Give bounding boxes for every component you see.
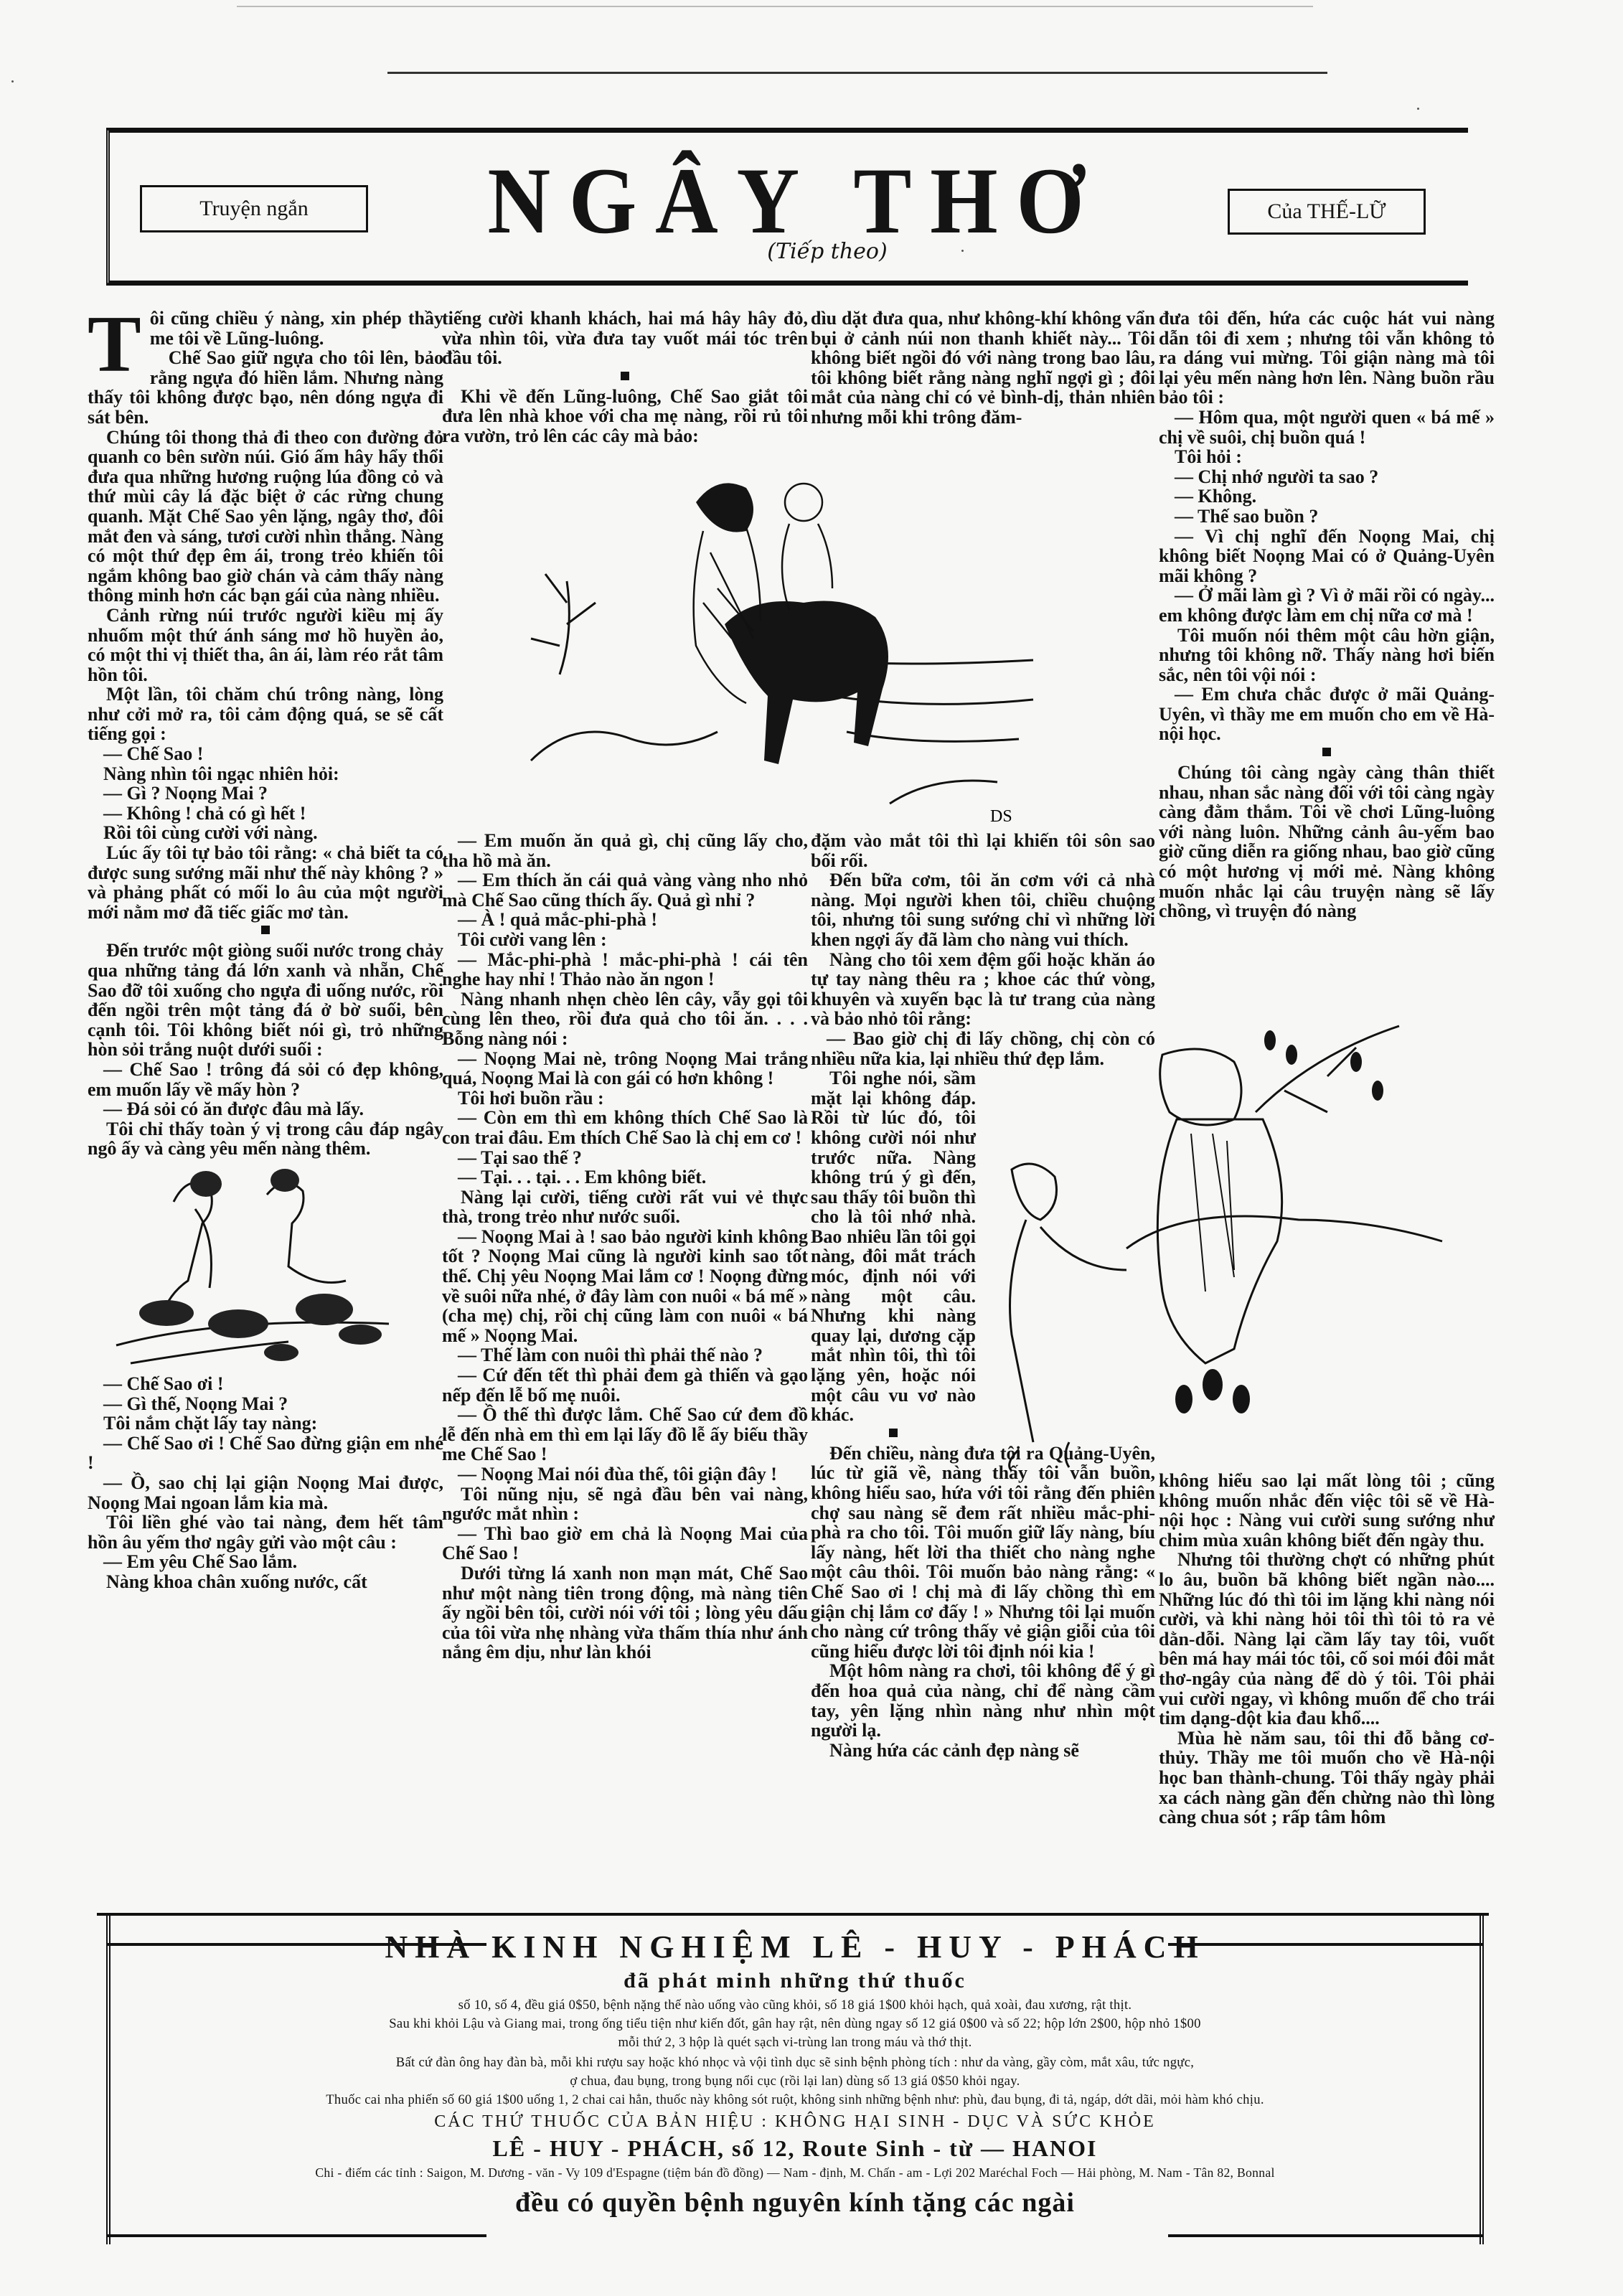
- horse-riders-illustration: DS: [517, 459, 1048, 832]
- paragraph: Cảnh rừng núi trước người kiều mị ấy nhu…: [88, 606, 443, 684]
- paragraph: Một lần, tôi chăm chú trông nàng, lòng n…: [88, 684, 443, 744]
- dialogue-line: — Hôm qua, một người quen « bá mế » chị …: [1159, 408, 1495, 447]
- dialogue-line: — Ồ thế thì được lắm. Chế Sao cứ đem đồ …: [442, 1405, 808, 1464]
- drop-cap: T: [88, 310, 141, 379]
- dialogue-line: — Em yêu Chế Sao lắm.: [88, 1552, 443, 1572]
- paragraph: Tôi hơi buồn rầu :: [442, 1088, 808, 1109]
- print-speck: [11, 80, 14, 83]
- advertisement: NHÀ KINH NGHIỆM LÊ - HUY - PHÁCH đã phát…: [106, 1914, 1484, 2109]
- dialogue-line: — Gì thế, Noọng Mai ?: [88, 1394, 443, 1414]
- dialogue-line: — Không ! chả có gì hết !: [88, 804, 443, 824]
- dialogue-line: — Chị nhớ người ta sao ?: [1159, 467, 1495, 487]
- dialogue-line: — Chế Sao ơi !: [88, 1374, 443, 1394]
- author-label-box: Của THẾ-LỮ: [1228, 189, 1426, 235]
- dialogue-line: — Em thích ăn cái quả vàng vàng nho nhỏ …: [442, 870, 808, 910]
- dialogue-line: — À ! quả mắc-phi-phà !: [442, 910, 808, 930]
- section-separator: [88, 922, 443, 941]
- print-speck: [1417, 108, 1419, 110]
- paragraph: Tôi hỏi :: [1159, 447, 1495, 467]
- ad-footer: đều có quyền bệnh nguyên kính tặng các n…: [121, 2187, 1469, 2219]
- paragraph: Đến chiều, nàng đưa tôi ra Quảng-Uyên, l…: [811, 1444, 1155, 1662]
- paragraph: Mùa hè năm sau, tôi thi đỗ bằng cơ-thủy.…: [1159, 1728, 1495, 1827]
- paragraph: đưa tôi đến, hứa các cuộc hát vui nàng d…: [1159, 309, 1495, 408]
- newspaper-page: Truyện ngắn NGÂY THƠ (Tiếp theo) Của THẾ…: [0, 0, 1623, 2296]
- column-4-continued: không hiểu sao lại mất lòng tôi ; cũng k…: [1159, 1471, 1495, 1827]
- column-2: tiếng cười khanh khách, hai má hây hây đ…: [442, 309, 808, 446]
- paragraph: Tôi nghe nói, sầm mặt lại không đáp. Rồi…: [811, 1068, 976, 1425]
- story-subtitle: (Tiếp theo): [684, 239, 971, 264]
- ad-line: Sau khi khỏi Lậu và Giang mai, trong ống…: [134, 2016, 1456, 2032]
- dialogue-line: — Mắc-phi-phà ! mắc-phi-phà ! cái tên ng…: [442, 950, 808, 989]
- paragraph: Nàng hứa các cảnh đẹp nàng sẽ: [811, 1741, 1155, 1761]
- genre-label: Truyện ngắn: [199, 197, 308, 221]
- dialogue-line: — Em chưa chắc được ở mãi Quảng-Uyên, vì…: [1159, 684, 1495, 744]
- paragraph: Nàng khoa chân xuống nước, cất: [88, 1572, 443, 1592]
- paragraph: Khi về đến Lũng-luông, Chế Sao giắt tôi …: [442, 387, 808, 446]
- ad-line: Bất cứ đàn ông hay đàn bà, mỗi khi rượu …: [134, 2055, 1456, 2071]
- dialogue-line: — Ở mãi làm gì ? Vì ở mãi rồi có ngày...…: [1159, 585, 1495, 625]
- dialogue-line: — Chế Sao !: [88, 744, 443, 764]
- ad-line: Thuốc cai nha phiến số 60 giá 1$00 uống …: [134, 2092, 1456, 2108]
- paragraph: Tôi nắm chặt lấy tay nàng:: [88, 1413, 443, 1434]
- dialogue-line: — Thì bao giờ em chả là Noọng Mai của Ch…: [442, 1524, 808, 1563]
- paragraph: không hiểu sao lại mất lòng tôi ; cũng k…: [1159, 1471, 1495, 1550]
- dialogue-line: — Thế sao buồn ?: [1159, 507, 1495, 527]
- paragraph: Một hôm nàng ra chơi, tôi không để ý gì …: [811, 1661, 1155, 1740]
- section-separator: [811, 1425, 976, 1444]
- paragraph: Nàng lại cười, tiếng cười rất vui vẻ thự…: [442, 1187, 808, 1227]
- ad-address: LÊ - HUY - PHÁCH, số 12, Route Sinh - từ…: [121, 2135, 1469, 2162]
- column-2-continued: — Em muốn ăn quả gì, chị cũng lấy cho, t…: [442, 831, 808, 1662]
- artist-signature: DS: [990, 807, 1012, 826]
- paragraph: Đến bữa cơm, tôi ăn cơm với cả nhà nàng.…: [811, 870, 1155, 949]
- paragraph: Tôi muốn nói thêm một câu hờn giận, nhưn…: [1159, 626, 1495, 685]
- paragraph: Rồi tôi cùng cười với nàng.: [88, 823, 443, 843]
- dialogue-line: — Noọng Mai nè, trông Noọng Mai trắng qu…: [442, 1049, 808, 1088]
- paragraph: Dưới từng lá xanh non mạn mát, Chế Sao n…: [442, 1563, 808, 1662]
- paragraph: Chúng tôi thong thả đi theo con đường đỏ…: [88, 428, 443, 606]
- author-label: Của THẾ-LỮ: [1267, 199, 1386, 224]
- paragraph: Tôi liền ghé vào tai nàng, đem hết tâm h…: [88, 1512, 443, 1552]
- dialogue-line: — Vì chị nghĩ đến Noọng Mai, chị không b…: [1159, 527, 1495, 586]
- paragraph: Tôi cười vang lên :: [442, 930, 808, 950]
- paragraph: Nàng nhanh nhẹn chèo lên cây, vẫy gọi tô…: [442, 989, 808, 1049]
- dialogue-line: — Thế làm con nuôi thì phải thế nào ?: [442, 1345, 808, 1365]
- illustration-space: [88, 1159, 443, 1374]
- dialogue-line: — Gì ? Noọng Mai ?: [88, 784, 443, 804]
- section-separator: [442, 368, 808, 387]
- dialogue-line: — Đá sỏi có ăn được đâu mà lấy.: [88, 1099, 443, 1119]
- story-header: Truyện ngắn NGÂY THƠ (Tiếp theo) Của THẾ…: [106, 128, 1468, 286]
- dialogue-line: — Ồ, sao chị lại giận Noọng Mai được, No…: [88, 1473, 443, 1512]
- ad-bar: [1168, 2234, 1484, 2237]
- paragraph: tiếng cười khanh khách, hai má hây hây đ…: [442, 309, 808, 368]
- genre-label-box: Truyện ngắn: [140, 185, 368, 232]
- section-separator: [1159, 744, 1495, 763]
- ad-bar: [106, 2234, 486, 2237]
- ad-line: ợ chua, đau bụng, trong bụng nổi cục (rồ…: [134, 2074, 1456, 2089]
- paragraph: Nàng nhìn tôi ngạc nhiên hỏi:: [88, 764, 443, 784]
- ad-line: số 10, số 4, đều giá 0$50, bệnh nặng thế…: [134, 1998, 1456, 2013]
- paragraph: Nhưng tôi thường chợt có những phút lo â…: [1159, 1550, 1495, 1728]
- stream-sitting-illustration: [88, 1159, 443, 1374]
- dialogue-line: — Chế Sao ơi ! Chế Sao đừng giận em nhé …: [88, 1434, 443, 1473]
- column-4: đưa tôi đến, hứa các cuộc hát vui nàng d…: [1159, 309, 1495, 921]
- dialogue-line: — Còn em thì em không thích Chế Sao là c…: [442, 1108, 808, 1147]
- paragraph: đặm vào mắt tôi thì lại khiến tôi sôn sa…: [811, 831, 1155, 870]
- dialogue-line: — Không.: [1159, 486, 1495, 507]
- dialogue-line: — Cứ đến tết thì phải đem gà thiến và gạ…: [442, 1365, 808, 1405]
- ad-claim: CÁC THỨ THUỐC CỦA BẢN HIỆU : KHÔNG HẠI S…: [121, 2112, 1469, 2132]
- print-speck: [961, 250, 964, 252]
- ad-line: mỗi thứ 2, 3 hộp là quét sạch vi-trùng l…: [134, 2035, 1456, 2051]
- ad-subtitle: đã phát minh những thứ thuốc: [121, 1969, 1469, 1993]
- top-rule: [387, 72, 1327, 74]
- ad-branches: Chi - điếm các tỉnh : Saigon, M. Dương -…: [134, 2165, 1456, 2180]
- paragraph: Tôi chỉ thấy toàn ý vị trong câu đáp ngâ…: [88, 1119, 443, 1159]
- paragraph: Chúng tôi càng ngày càng thân thiết nhau…: [1159, 763, 1495, 921]
- paragraph: dìu dặt đưa qua, như không-khí không vẩn…: [811, 309, 1155, 428]
- paragraph: Lúc ấy tôi tự bảo tôi rằng: « chả biết t…: [88, 843, 443, 922]
- paragraph: Đến trước một giòng suối nước trong chảy…: [88, 941, 443, 1060]
- dialogue-line: — Noọng Mai à ! sao bảo người kinh không…: [442, 1227, 808, 1346]
- dialogue-line: — Tại sao thế ?: [442, 1148, 808, 1168]
- tree-girl-illustration: [983, 1012, 1485, 1471]
- ad-title: NHÀ KINH NGHIỆM LÊ - HUY - PHÁCH: [121, 1929, 1469, 1965]
- dialogue-line: — Em muốn ăn quả gì, chị cũng lấy cho, t…: [442, 831, 808, 870]
- dialogue-line: — Chế Sao ! trông đá sỏi có đẹp không, e…: [88, 1060, 443, 1099]
- dialogue-line: — Tại. . . tại. . . Em không biết.: [442, 1167, 808, 1187]
- page-top-edge: [237, 6, 1313, 7]
- column-1: T ôi cũng chiều ý nàng, xin phép thầy me…: [88, 309, 443, 1591]
- paragraph: Tôi nũng nịu, sẽ ngả đầu bên vai nàng, n…: [442, 1485, 808, 1524]
- dialogue-line: — Noọng Mai nói đùa thế, tôi giận đây !: [442, 1464, 808, 1485]
- column-3: dìu dặt đưa qua, như không-khí không vẩn…: [811, 309, 1155, 428]
